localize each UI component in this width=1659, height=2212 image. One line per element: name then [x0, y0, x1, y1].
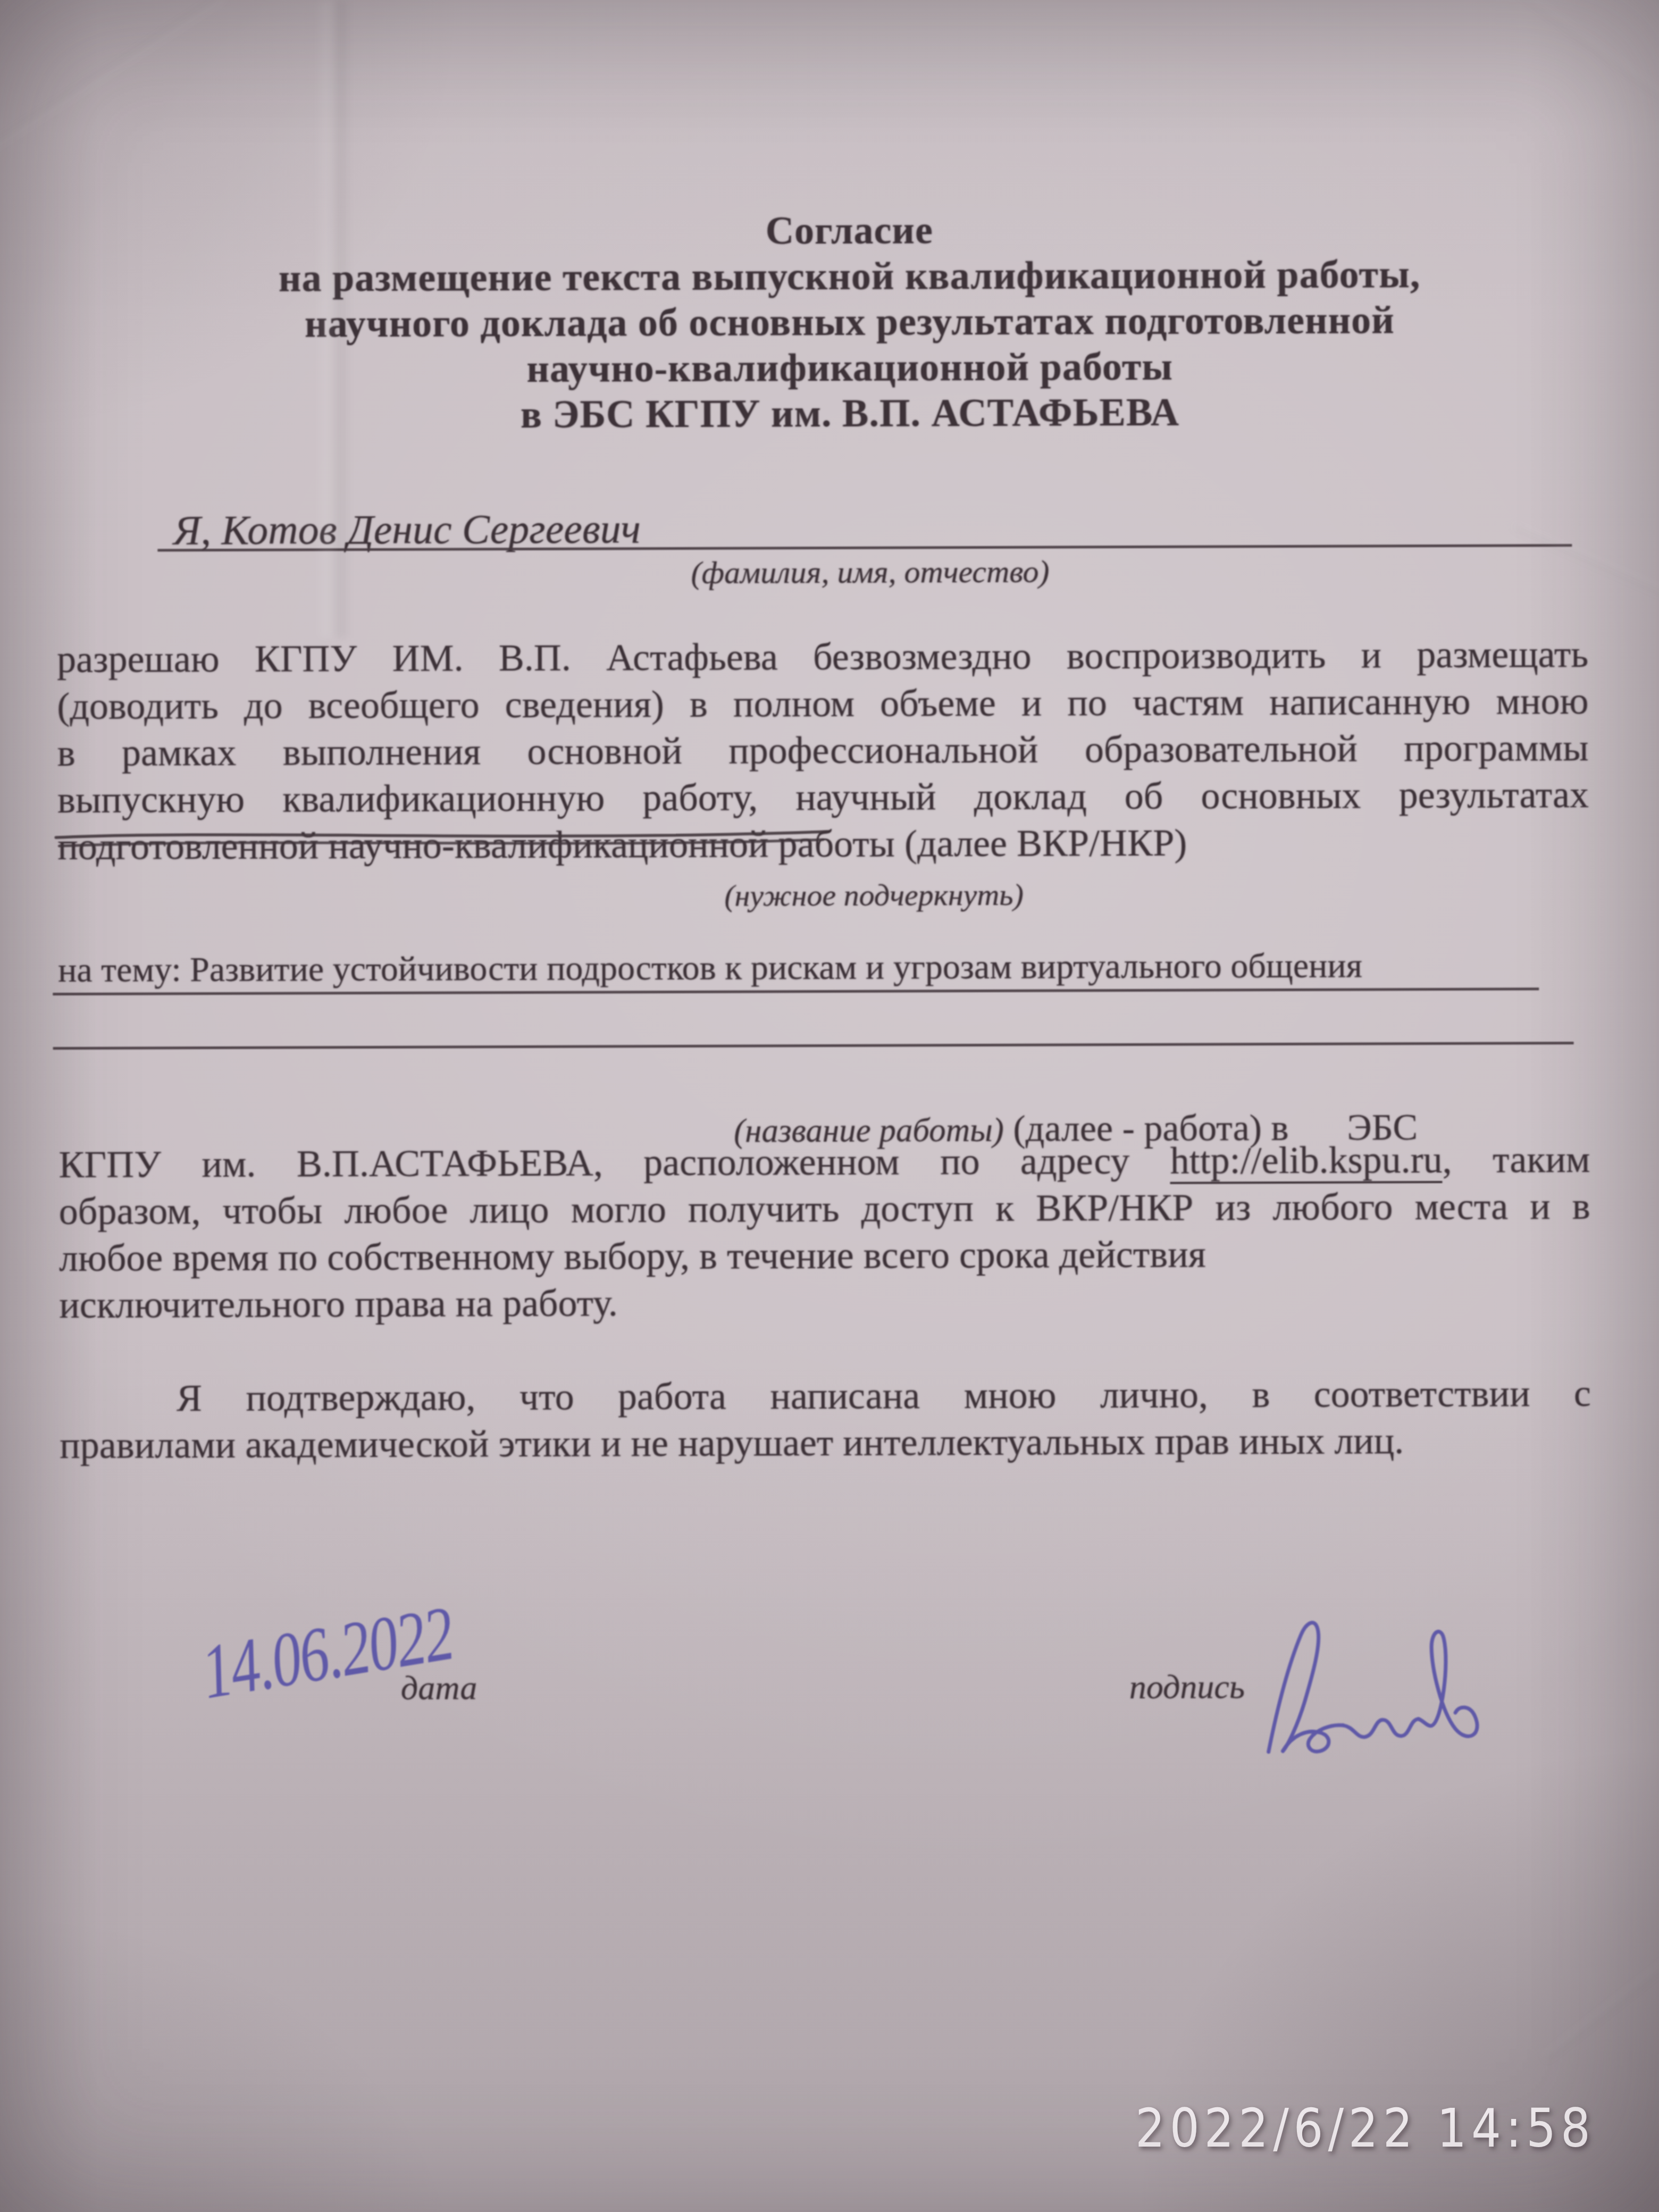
- topic-label: на тему:: [58, 950, 181, 990]
- permission-line-2: (доводить до всеобщего сведения) в полно…: [57, 677, 1588, 730]
- title-line-4: научно-квалификационной работы: [43, 342, 1656, 394]
- name-caption: (фамилия, имя, отчество): [0, 551, 1657, 594]
- confirmation-line-1: Я подтверждаю, что работа написана мною …: [60, 1369, 1591, 1422]
- confirmation-line-2: правилами академической этики и не наруш…: [60, 1416, 1591, 1469]
- title-line-1: Согласие: [43, 205, 1656, 257]
- title-line-5: в ЭБС КГПУ им. В.П. АСТАФЬЕВА: [43, 388, 1656, 440]
- access-line-1-suffix: , таким: [1443, 1138, 1590, 1181]
- access-line-2: образом, чтобы любое лицо могло получить…: [59, 1182, 1590, 1235]
- title-line-3: научного доклада об основных результатах…: [43, 297, 1656, 348]
- document-content: Согласие на размещение текста выпускной …: [0, 0, 1659, 2212]
- elib-url: http://elib.kspu.ru: [1170, 1138, 1443, 1184]
- access-line-4: исключительного права на работу.: [59, 1276, 1590, 1329]
- permission-line-3: в рамках выполнения основной профессиона…: [57, 724, 1589, 777]
- access-line-3: любое время по собственному выбору, в те…: [59, 1229, 1590, 1282]
- pen-underline-stroke: [49, 825, 836, 853]
- topic-text: Развитие устойчивости подростков к риска…: [190, 946, 1362, 990]
- permission-line-4-rest: , научный доклад об основных результатах: [748, 773, 1589, 819]
- blank-continuation-rule: [53, 1042, 1574, 1050]
- camera-timestamp: 2022/6/22 14:58: [1135, 2099, 1595, 2158]
- document-title: Согласие на размещение текста выпускной …: [0, 205, 1657, 440]
- access-line-1: КГПУ им. В.П.АСТАФЬЕВА, расположенном по…: [58, 1135, 1590, 1188]
- title-line-2: на размещение текста выпускной квалифика…: [43, 251, 1656, 303]
- photographed-consent-document: Согласие на размещение текста выпускной …: [0, 0, 1659, 2212]
- handwritten-signature-scrawl: [1210, 1596, 1516, 1772]
- access-line-1-prefix: КГПУ им. В.П.АСТАФЬЕВА, расположенном по…: [58, 1139, 1170, 1186]
- underline-needed-note: (нужное подчеркнуть): [0, 875, 1658, 916]
- permission-line-1: разрешаю КГПУ ИМ. В.П. Астафьева безвозм…: [57, 630, 1588, 683]
- topic-line: на тему: Развитие устойчивости подростко…: [58, 941, 1589, 994]
- permission-line-4: выпускную квалификационную работу, научн…: [57, 770, 1589, 824]
- underlined-work-type: выпускную квалификационную работу: [57, 776, 748, 822]
- date-label: дата: [401, 1668, 477, 1708]
- author-name-filled: Я, Котов Денис Сергеевич: [173, 505, 641, 554]
